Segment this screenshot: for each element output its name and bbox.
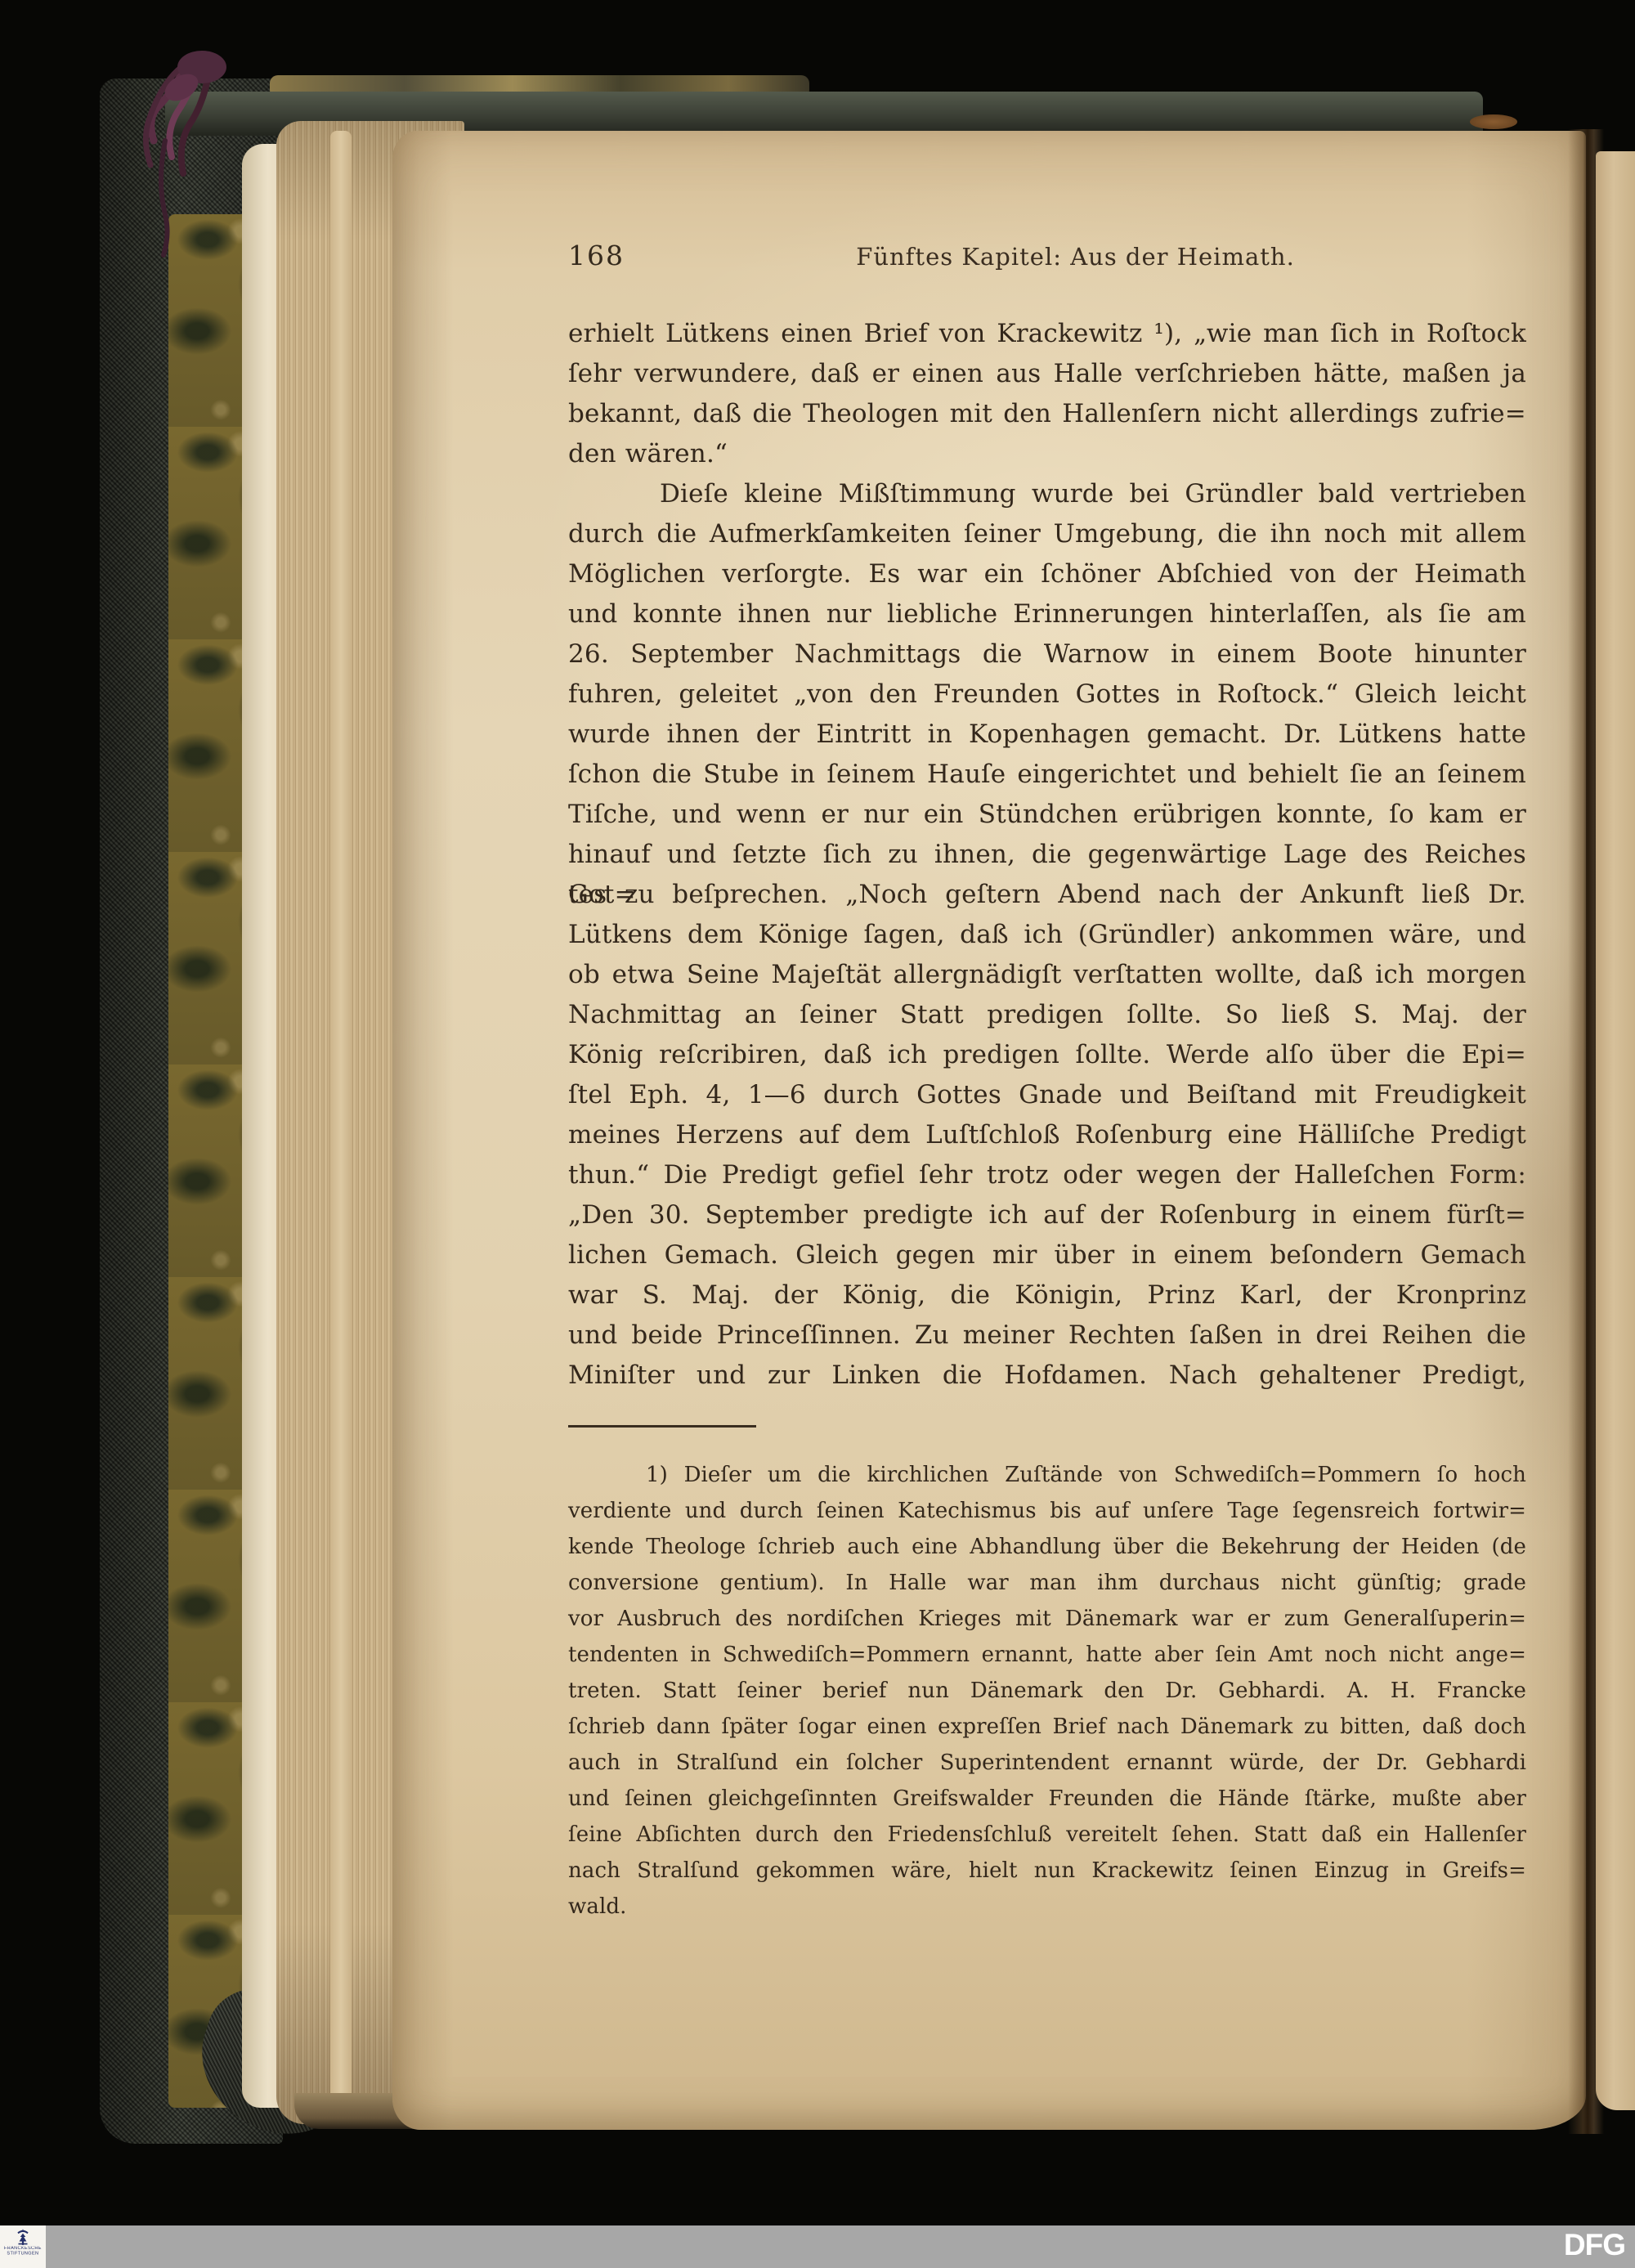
page-stack-highlight: [330, 131, 352, 2118]
page-number: 168: [568, 239, 625, 273]
text-line: ſehr verwundere, daß er einen aus Halle …: [568, 354, 1526, 394]
text-line: und konnte ihnen nur liebliche Erinnerun…: [568, 594, 1526, 634]
franckesche-stiftungen-emblem-icon: [14, 2228, 32, 2246]
text-line: meines Herzens auf dem Luſtſchloß Roſenb…: [568, 1115, 1526, 1155]
text-line: wurde ihnen der Eintritt in Kopenhagen g…: [568, 715, 1526, 755]
book-headband: [1470, 114, 1517, 129]
text-line: Nachmittag an ſeiner Statt predigen ſoll…: [568, 995, 1526, 1035]
text-line: thun.“ Die Predigt gefiel ſehr trotz ode…: [568, 1155, 1526, 1195]
text-line: hinauf und ſetzte ſich zu ihnen, die geg…: [568, 835, 1526, 875]
text-line: vor Ausbruch des nordiſchen Krieges mit …: [568, 1601, 1526, 1637]
text-line: Tiſche, und wenn er nur ein Stündchen er…: [568, 795, 1526, 835]
text-line: fuhren, geleitet „von den Freunden Gotte…: [568, 675, 1526, 715]
text-line: „Den 30. September predigte ich auf der …: [568, 1195, 1526, 1235]
page-header-row: 168 Fünftes Kapitel: Aus der Heimath.: [568, 239, 1526, 273]
text-line: 26. September Nachmittags die Warnow in …: [568, 634, 1526, 675]
text-line: den wären.“: [568, 434, 1526, 474]
text-line: conversione gentium). In Halle war man i…: [568, 1565, 1526, 1601]
stamp-line-2: STIFTUNGEN: [4, 2252, 42, 2257]
text-line: tes zu beſprechen. „Noch geſtern Abend n…: [568, 875, 1526, 915]
book-page: 168 Fünftes Kapitel: Aus der Heimath. er…: [392, 131, 1586, 2130]
paragraph-2: Dieſe kleine Mißſtimmung wurde bei Gründ…: [568, 474, 1526, 1396]
text-line: Dieſe kleine Mißſtimmung wurde bei Gründ…: [568, 474, 1526, 514]
text-line: durch die Aufmerkſamkeiten ſeiner Umgebu…: [568, 514, 1526, 554]
text-line: Lütkens dem Könige ſagen, daß ich (Gründ…: [568, 915, 1526, 955]
text-line: nach Stralſund gekommen wäre, hielt nun …: [568, 1853, 1526, 1889]
text-line: treten. Statt ſeiner berief nun Dänemark…: [568, 1673, 1526, 1709]
book-scan-stage: 168 Fünftes Kapitel: Aus der Heimath. er…: [0, 0, 1635, 2268]
running-header: Fünftes Kapitel: Aus der Heimath.: [625, 240, 1526, 274]
library-stamp-text: FRANCKESCHE STIFTUNGEN: [4, 2247, 42, 2257]
text-line: bekannt, daß die Theologen mit den Halle…: [568, 394, 1526, 434]
text-line: lichen Gemach. Gleich gegen mir über in …: [568, 1235, 1526, 1275]
text-line: erhielt Lütkens einen Brief von Krackewi…: [568, 314, 1526, 354]
text-line: und ſeinen gleichgeſinnten Greifswalder …: [568, 1781, 1526, 1817]
facing-page-sliver: [1596, 151, 1635, 2110]
dfg-logo: DFG: [1564, 2228, 1625, 2262]
footnote-separator-rule: [568, 1425, 756, 1428]
text-line: war S. Maj. der König, die Königin, Prin…: [568, 1275, 1526, 1316]
text-line: ſtel Eph. 4, 1—6 durch Gottes Gnade und …: [568, 1075, 1526, 1115]
text-line: wald.: [568, 1889, 1526, 1925]
library-stamp: FRANCKESCHE STIFTUNGEN: [0, 2225, 46, 2268]
text-line: Möglichen verſorgte. Es war ein ſchöner …: [568, 554, 1526, 594]
viewer-footer-bar: FRANCKESCHE STIFTUNGEN DFG: [0, 2225, 1635, 2268]
text-line: 1) Dieſer um die kirchlichen Zuſtände vo…: [568, 1457, 1526, 1493]
footnote-text: 1) Dieſer um die kirchlichen Zuſtände vo…: [568, 1457, 1526, 1925]
page-content: 168 Fünftes Kapitel: Aus der Heimath. er…: [568, 131, 1526, 1925]
text-line: ob etwa Seine Majeſtät allergnädigſt ver…: [568, 955, 1526, 995]
text-line: ſchon die Stube in ſeinem Hauſe eingeric…: [568, 755, 1526, 795]
text-line: König reſcribiren, daß ich predigen ſoll…: [568, 1035, 1526, 1075]
text-line: auch in Stralſund ein ſolcher Superinten…: [568, 1745, 1526, 1781]
text-line: ſeine Abſichten durch den Friedensſchluß…: [568, 1817, 1526, 1853]
text-line: kende Theologe ſchrieb auch eine Abhandl…: [568, 1529, 1526, 1565]
text-line: und beide Princeſſinnen. Zu meiner Recht…: [568, 1316, 1526, 1356]
text-line: Miniſter und zur Linken die Hofdamen. Na…: [568, 1356, 1526, 1396]
text-line: verdiente und durch ſeinen Katechismus b…: [568, 1493, 1526, 1529]
text-line: ſchrieb dann ſpäter ſogar einen expreſſe…: [568, 1709, 1526, 1745]
text-line: tendenten in Schwediſch=Pommern ernannt,…: [568, 1637, 1526, 1673]
paragraph-1: erhielt Lütkens einen Brief von Krackewi…: [568, 314, 1526, 474]
